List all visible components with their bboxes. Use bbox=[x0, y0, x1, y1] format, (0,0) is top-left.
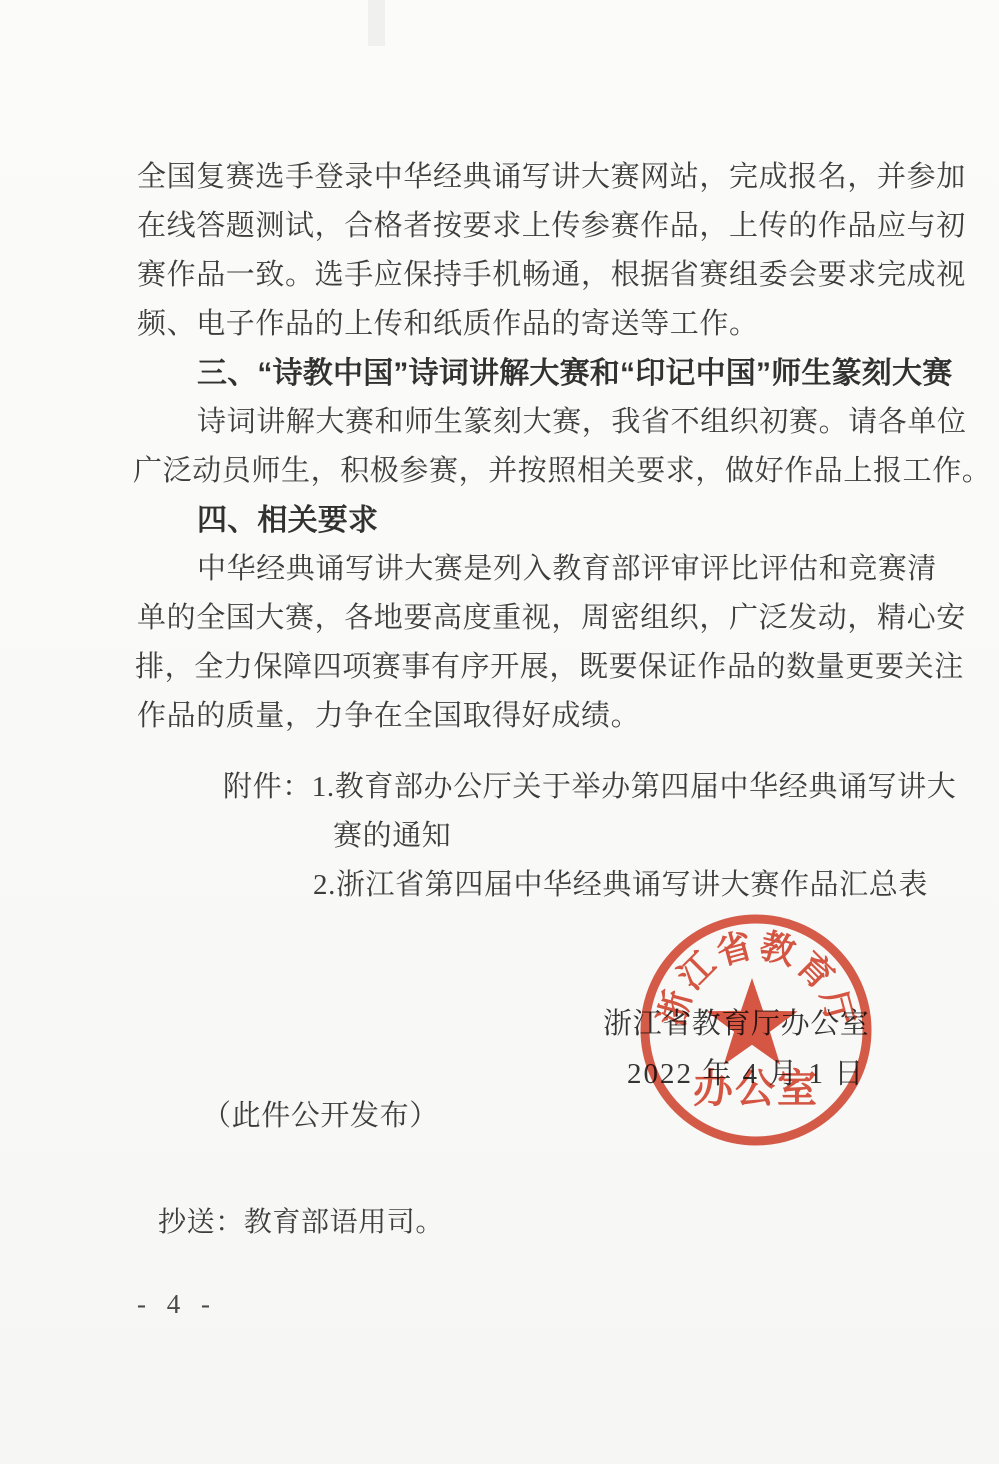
body-line: 在线答题测试，合格者按要求上传参赛作品，上传的作品应与初 bbox=[137, 202, 966, 251]
body-line: 排，全力保障四项赛事有序开展，既要保证作品的数量更要关注 bbox=[135, 643, 964, 692]
attachment-line-3: 2.浙江省第四届中华经典诵写讲大赛作品汇总表 bbox=[313, 861, 928, 910]
seal-arc-char: 厅 bbox=[813, 986, 860, 1030]
seal-arc-char: 省 bbox=[712, 926, 756, 973]
seal-arc-char: 教 bbox=[756, 926, 801, 973]
body-line: 诗词讲解大赛和师生篆刻大赛，我省不组织初赛。请各单位 bbox=[197, 398, 967, 447]
body-line: 中华经典诵写讲大赛是列入教育部评审评比评估和竞赛清 bbox=[197, 545, 937, 594]
attachment-line-1: 附件：1.教育部办公厅关于举办第四届中华经典诵写讲大 bbox=[223, 763, 956, 812]
page-number: - 4 - bbox=[137, 1280, 217, 1329]
seal-star-icon bbox=[706, 978, 797, 1065]
section-heading-3: 三、“诗教中国”诗词讲解大赛和“印记中国”师生篆刻大赛 bbox=[197, 349, 952, 398]
seal-graphic: 浙 江 省 教 育 厅 办公室 bbox=[636, 910, 876, 1150]
body-line: 作品的质量，力争在全国取得好成绩。 bbox=[137, 692, 640, 741]
seal-arc-char: 浙 bbox=[652, 986, 699, 1030]
body-line: 广泛动员师生，积极参赛，并按照相关要求，做好作品上报工作。 bbox=[133, 447, 991, 496]
body-line: 全国复赛选手登录中华经典诵写讲大赛网站，完成报名，并参加 bbox=[137, 153, 966, 202]
body-line: 赛作品一致。选手应保持手机畅通，根据省赛组委会要求完成视 bbox=[137, 251, 966, 300]
public-release-note: （此件公开发布） bbox=[202, 1092, 439, 1141]
attachment-line-2: 赛的通知 bbox=[333, 812, 451, 861]
body-line: 单的全国大赛，各地要高度重视，周密组织，广泛发动，精心安 bbox=[137, 594, 966, 643]
section-heading-4: 四、相关要求 bbox=[197, 496, 378, 545]
body-line: 频、电子作品的上传和纸质作品的寄送等工作。 bbox=[137, 300, 759, 349]
official-seal: 浙 江 省 教 育 厅 办公室 bbox=[636, 910, 876, 1150]
document-page: 全国复赛选手登录中华经典诵写讲大赛网站，完成报名，并参加 在线答题测试，合格者按… bbox=[0, 0, 999, 1464]
scan-artifact bbox=[368, 0, 385, 46]
cc-line: 抄送：教育部语用司。 bbox=[158, 1198, 444, 1247]
seal-bottom-text: 办公室 bbox=[693, 1067, 819, 1111]
